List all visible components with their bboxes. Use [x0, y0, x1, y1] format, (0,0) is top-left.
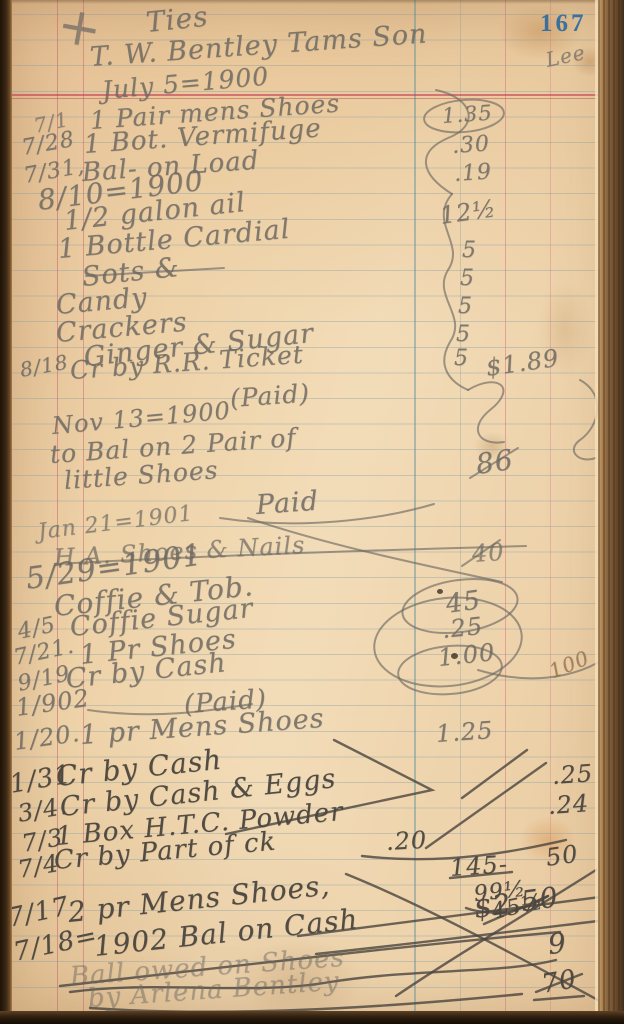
entry-amount: 1.25	[435, 716, 494, 748]
entry-amount: 86	[474, 443, 516, 481]
entry-amount: 145-	[449, 850, 509, 882]
paid-note: (Paid)	[229, 378, 311, 413]
entry-amount: 5	[454, 346, 469, 371]
paid-note: Paid	[255, 486, 320, 521]
entry-amount: 5	[456, 322, 471, 347]
page-top-shadow	[0, 0, 624, 4]
entry-amount: 1.00	[437, 638, 497, 672]
binding-left	[0, 0, 12, 1024]
entry-amount: .24	[547, 789, 590, 820]
entry-amount: 5	[460, 266, 475, 291]
entry-amount: 5	[462, 238, 477, 263]
entry-amount: 5	[458, 294, 473, 319]
binding-right	[598, 0, 624, 1024]
entry-amount: 40	[471, 538, 505, 568]
entry-amount: .20	[385, 826, 428, 856]
page-number-stamp: 167	[540, 10, 587, 38]
entry-amount: 1.35	[441, 100, 493, 127]
binding-bottom	[0, 1011, 624, 1024]
heading-ties: Ties	[144, 0, 210, 39]
entry-amount: 70	[539, 964, 579, 1000]
ledger-page: 167 + Ties T. W. Bentley Tams Son Lee Ju…	[0, 0, 624, 1024]
ink-spot	[437, 589, 443, 594]
amount-rule-blue	[414, 0, 416, 1012]
entry-amount: .25	[551, 759, 594, 790]
entry-amount-2: 50	[544, 840, 580, 872]
entry-amount: .30	[451, 131, 491, 159]
entry-amount: 9	[546, 926, 568, 961]
entry-amount: .19	[453, 159, 493, 187]
